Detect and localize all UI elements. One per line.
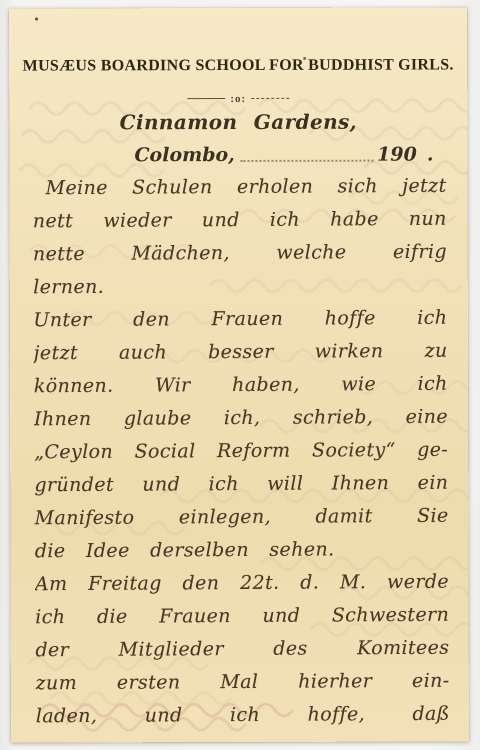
- handwriting-line: Unter den Frauen hoffe ich: [33, 302, 447, 338]
- handwriting-line: können. Wir haben, wie ich: [34, 368, 448, 404]
- letterhead-year: 190: [377, 144, 417, 166]
- letterhead-year-period: .: [427, 143, 434, 165]
- handwriting-line: gründet und ich will Ihnen ein: [34, 467, 448, 503]
- letterhead-school-name: MUSÆUS BOARDING SCHOOL FOR BUDDHIST GIRL…: [9, 56, 467, 75]
- letter-body: Meine Schulen erholen sich jetztnett wie…: [32, 170, 449, 734]
- handwriting-line: nett wieder und ich habe nun: [33, 203, 447, 239]
- handwriting-line: Am Freitag den 22t. d. M. werde: [35, 566, 449, 602]
- handwriting-line: jetzt auch besser wirken zu: [33, 335, 447, 371]
- scanner-background: MUSÆUS BOARDING SCHOOL FOR BUDDHIST GIRL…: [0, 0, 480, 750]
- paper-speck: [35, 18, 38, 21]
- handwriting-line: Meine Schulen erholen sich jetzt: [32, 170, 446, 206]
- handwriting-line: nette Mädchen, welche eifrig: [33, 236, 447, 272]
- handwriting-line: Manifesto einlegen, damit Sie: [35, 500, 449, 536]
- handwriting-line: lernen.: [33, 269, 447, 305]
- letter-paper: MUSÆUS BOARDING SCHOOL FOR BUDDHIST GIRL…: [9, 7, 469, 742]
- handwriting-line: die Idee derselben sehen.: [35, 533, 449, 569]
- handwriting-line: laden, und ich hoffe, daß: [36, 698, 450, 734]
- letterhead-date-line: Colombo, 190 .: [134, 143, 433, 166]
- divider-ornament: :o:: [225, 94, 251, 104]
- letterhead-divider: :o:: [9, 93, 467, 104]
- handwriting-line: Ihnen glaube ich, schrieb, eine: [34, 401, 448, 437]
- handwriting-line: der Mitglieder des Komitees: [35, 632, 449, 668]
- divider-rule-left: [187, 98, 225, 99]
- divider-rule-right: [251, 98, 289, 99]
- date-dotted-leader: [241, 160, 373, 162]
- handwriting-line: ich die Frauen und Schwestern: [35, 599, 449, 635]
- letterhead-city: Colombo,: [134, 144, 234, 166]
- handwriting-line: zum ersten Mal hierher ein-: [36, 665, 450, 701]
- letterhead-address: Cinnamon Gardens,: [9, 109, 467, 134]
- handwriting-line: „Ceylon Social Reform Society“ ge-: [34, 434, 448, 470]
